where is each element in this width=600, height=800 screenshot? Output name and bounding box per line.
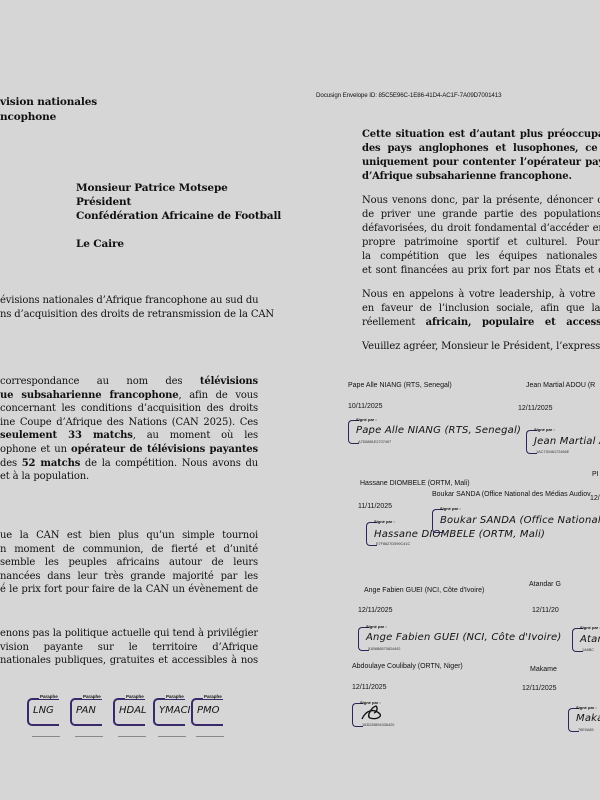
addressee-city: Le Caire	[76, 237, 124, 251]
bold-text: ue subsaharienne francophone	[0, 390, 178, 401]
paragraph-line: Nous venons donc, par la présente, dénon…	[362, 194, 600, 208]
paragraph-line: Nous en appelons à votre leadership, à v…	[362, 288, 600, 302]
addressee-organization: Confédération Africaine de Football	[76, 209, 281, 223]
text-run: ophone et un	[0, 444, 71, 455]
paragraph-appeal: Nous en appelons à votre leadership, à v…	[362, 288, 600, 330]
signature-hash: 1A6BC	[582, 648, 594, 652]
handwritten-signature: Boukar SANDA (Office National des M	[440, 515, 600, 526]
paraphe-initials: HDAL	[119, 705, 147, 716]
bold-text: 52 matchs	[22, 458, 80, 469]
paragraph-line: la compétition que les équipes nationale…	[362, 250, 600, 264]
signed-by-label: Signé par :	[534, 427, 555, 432]
signature-date: 12/11/2025	[358, 607, 393, 614]
paragraph-line: des 52 matchs de la compétition. Nous av…	[0, 457, 258, 471]
text-run: des	[0, 458, 22, 469]
paragraph-denounce: Nous venons donc, par la présente, dénon…	[362, 194, 600, 278]
paragraph-line: ophone et un opérateur de télévisions pa…	[0, 443, 258, 457]
text-run: concernant les conditions d’acquisition …	[0, 403, 258, 416]
signed-by-label: Signé par :	[374, 519, 395, 524]
paraphe-faint-line	[75, 736, 103, 737]
paraphe-faint-line	[32, 736, 60, 737]
paraphe-box: ParapheHDAL	[113, 698, 145, 726]
paragraph-line: nationales publiques, gratuites et acces…	[0, 654, 258, 668]
paragraph-line: de priver une grande partie des populati…	[362, 208, 600, 222]
text-run: réellement	[362, 317, 426, 328]
addressee-name: Monsieur Patrice Motsepe	[76, 181, 228, 195]
paraphe-box: ParapheYMACI	[153, 698, 185, 726]
paragraph-line: semble les peuples africains autour de l…	[0, 556, 258, 570]
sender-line-1: vision nationales	[0, 95, 97, 109]
signer-name: Atandar G	[529, 581, 561, 588]
paragraph-situation: Cette situation est d’autant plus préocc…	[362, 128, 600, 184]
subject-line-1: évisions nationales d’Afrique francophon…	[0, 294, 258, 308]
bold-text: africain, populaire et accessible	[426, 317, 600, 328]
signer-name: Boukar SANDA (Office National des Médias…	[432, 491, 591, 498]
paraphe-initials: YMACI	[159, 705, 191, 716]
paragraph-line: défavorisées, du droit fondamental d’acc…	[362, 222, 600, 236]
paragraph-line: n moment de communion, de fierté et d’un…	[0, 543, 258, 557]
signature-hash: 76E0A85	[578, 728, 594, 732]
paragraph-line: des pays anglophones et lusophones, ce q…	[362, 142, 600, 156]
paraphe-faint-line	[158, 736, 186, 737]
paraphe-faint-line	[196, 736, 224, 737]
signature-hash: 1AC73046172466E	[536, 450, 569, 454]
addressee-title: Président	[76, 195, 131, 209]
paragraph-line: ine Coupe d’Afrique des Nations (CAN 202…	[0, 416, 258, 430]
paragraph-line: correspondance au nom des télévisions na…	[0, 375, 258, 389]
paragraph-line: Cette situation est d’autant plus préocc…	[362, 128, 600, 142]
handwritten-signature: Ange Fabien GUEI (NCI, Côte d'Ivoire)	[366, 632, 562, 643]
text-run: Nous en appelons à votre leadership, à v…	[362, 289, 600, 302]
paragraph-line: réellement africain, populaire et access…	[362, 316, 600, 330]
paragraph-line: d’Afrique subsaharienne francophone.	[362, 170, 600, 184]
signature-hash: E7F8627D599C41C	[376, 542, 410, 546]
paraphe-label: Paraphe	[203, 694, 223, 699]
paragraph-line: enons pas la politique actuelle qui tend…	[0, 627, 258, 641]
text-run: ine Coupe d’Afrique des Nations (CAN 202…	[0, 417, 258, 428]
paragraph-line: é le prix fort pour faire de la CAN un é…	[0, 583, 258, 597]
signer-name: Ange Fabien GUEI (NCI, Côte d'Ivoire)	[364, 587, 484, 594]
letter-page-1: vision nationales ncophone Monsieur Patr…	[0, 0, 300, 800]
paraphe-label: Paraphe	[125, 694, 145, 699]
paraphe-box: ParapheLNG	[27, 698, 59, 726]
paragraph-line: concernant les conditions d’acquisition …	[0, 402, 258, 416]
text-run: en faveur de l’inclusion sociale, afin q…	[362, 303, 600, 314]
signed-by-label: Signé par :	[366, 624, 387, 629]
paraphe-initials: PAN	[76, 705, 96, 716]
signature-date: 12/11/2025	[518, 405, 553, 412]
signed-by-label: Signé par :	[576, 705, 597, 710]
signature-date: 12/11/2025	[352, 684, 387, 691]
handwritten-signature: Atand	[580, 634, 600, 645]
signer-name: Hassane DIOMBELE (ORTM, Mali)	[360, 480, 470, 487]
paragraph-line: en faveur de l’inclusion sociale, afin q…	[362, 302, 600, 316]
handwritten-signature: Pape Alle NIANG (RTS, Senegal)	[356, 425, 521, 436]
paraphe-faint-line	[118, 736, 146, 737]
paraphe-initials: LNG	[33, 705, 54, 716]
bold-text: seulement 33 matchs	[0, 430, 133, 441]
paraphe-initials: PMO	[197, 705, 220, 716]
paragraph-line: ue subsaharienne francophone, afin de vo…	[0, 389, 258, 403]
docusign-envelope-id: Docusign Envelope ID: 85C5E96C-1E86-41D4…	[316, 92, 501, 99]
signature-hash: 51B6B8570824492	[368, 647, 401, 651]
signed-by-label: Signé par :	[580, 625, 600, 630]
paragraph-line: uniquement pour contenter l’opérateur pa…	[362, 156, 600, 170]
paragraph-line: propre patrimoine sportif et culturel. P…	[362, 236, 600, 250]
text-run: correspondance au nom des	[0, 376, 200, 387]
signer-name: Pape Alle NIANG (RTS, Senegal)	[348, 382, 452, 389]
signer-name: PI	[592, 471, 599, 478]
signed-by-label: Signé par :	[356, 417, 377, 422]
paraphe-label: Paraphe	[82, 694, 102, 699]
signature-date: 12/1	[590, 495, 600, 502]
signature-hash: 163D25894336420	[362, 723, 394, 727]
signer-name: Abdoulaye Coulibaly (ORTN, Niger)	[352, 663, 463, 670]
paragraph-intro: correspondance au nom des télévisions na…	[0, 375, 258, 484]
paragraph-can-importance: ue la CAN est bien plus qu’un simple tou…	[0, 529, 258, 597]
paraphe-label: Paraphe	[165, 694, 185, 699]
paraphe-label: Paraphe	[39, 694, 59, 699]
handwritten-signature: Hassane DIOMBELE (ORTM, Mali)	[374, 529, 545, 540]
text-run: , au moment où les	[133, 430, 258, 441]
paragraph-line: et à la population.	[0, 470, 258, 484]
signed-by-label: Signé par :	[440, 506, 461, 511]
handwritten-signature: Jean Martial A	[534, 436, 600, 447]
paragraph-line: ue la CAN est bien plus qu’un simple tou…	[0, 529, 258, 543]
paraphe-box: ParaphePMO	[191, 698, 223, 726]
paragraph-line: seulement 33 matchs, au moment où les té…	[0, 429, 258, 443]
paraphe-box: ParaphePAN	[70, 698, 102, 726]
paragraph-policy: enons pas la politique actuelle qui tend…	[0, 627, 258, 668]
paragraph-line: nancées dans leur très grande majorité p…	[0, 570, 258, 584]
signature-date: 11/11/2025	[358, 503, 392, 510]
letter-page-2: Docusign Envelope ID: 85C5E96C-1E86-41D4…	[300, 0, 600, 800]
paragraph-line: et sont financées au prix fort par nos É…	[362, 264, 600, 278]
subject-line-2: ns d’acquisition des droits de retransmi…	[0, 308, 274, 322]
signature-date: 12/11/20	[532, 607, 559, 614]
handwritten-signature: Makam	[576, 713, 600, 724]
signature-hash: A7D8881E2707497	[358, 440, 391, 444]
paragraph-line: vision payante sur le territoire d’Afriq…	[0, 641, 258, 655]
signer-name: Jean Martial ADOU (R	[526, 382, 595, 389]
signer-name: Makame	[530, 666, 557, 673]
sender-line-2: ncophone	[0, 110, 56, 124]
closing-formula: Veuillez agréer, Monsieur le Président, …	[362, 340, 600, 354]
signature-date: 10/11/2025	[348, 403, 383, 410]
drawn-signature-icon	[360, 704, 386, 725]
signature-date: 12/11/2025	[522, 685, 557, 692]
text-run: et à la population.	[0, 471, 89, 482]
